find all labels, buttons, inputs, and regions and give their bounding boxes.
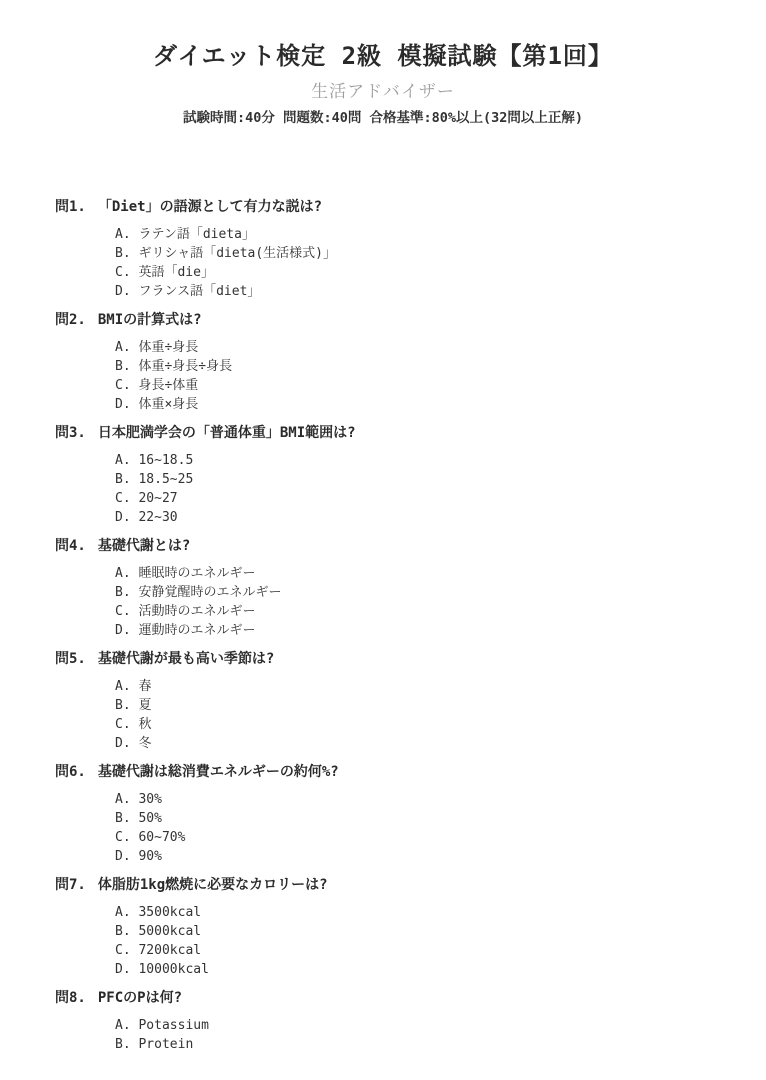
question-block-8: 問8.PFCのPは何? A. Potassium B. Protein xyxy=(55,988,736,1054)
question-header: 問3.日本肥満学会の「普通体重」BMI範囲は? xyxy=(55,423,736,443)
option-item: D. 体重×身長 xyxy=(115,395,736,414)
option-item: B. 安静覚醒時のエネルギー xyxy=(115,583,736,602)
question-number: 問2. xyxy=(55,310,86,330)
option-item: C. 英語「die」 xyxy=(115,263,736,282)
option-item: B. 体重÷身長÷身長 xyxy=(115,357,736,376)
question-text: 基礎代謝は総消費エネルギーの約何%? xyxy=(98,764,339,780)
question-block-4: 問4.基礎代謝とは? A. 睡眠時のエネルギー B. 安静覚醒時のエネルギー C… xyxy=(55,536,736,640)
question-text: BMIの計算式は? xyxy=(98,312,202,328)
option-item: B. 5000kcal xyxy=(115,922,736,941)
option-item: C. 20~27 xyxy=(115,489,736,508)
question-block-2: 問2.BMIの計算式は? A. 体重÷身長 B. 体重÷身長÷身長 C. 身長÷… xyxy=(55,310,736,414)
option-item: B. 夏 xyxy=(115,696,736,715)
question-block-7: 問7.体脂肪1kg燃焼に必要なカロリーは? A. 3500kcal B. 500… xyxy=(55,875,736,979)
option-item: D. 冬 xyxy=(115,734,736,753)
option-group: A. 3500kcal B. 5000kcal C. 7200kcal D. 1… xyxy=(55,903,736,979)
question-header: 問7.体脂肪1kg燃焼に必要なカロリーは? xyxy=(55,875,736,895)
exam-header: ダイエット検定 2級 模擬試験【第1回】 生活アドバイザー 試験時間:40分 問… xyxy=(0,0,766,127)
option-item: B. Protein xyxy=(115,1035,736,1054)
option-group: A. 16~18.5 B. 18.5~25 C. 20~27 D. 22~30 xyxy=(55,451,736,527)
question-header: 問2.BMIの計算式は? xyxy=(55,310,736,330)
option-group: A. ラテン語「dieta」 B. ギリシャ語「dieta(生活様式)」 C. … xyxy=(55,225,736,301)
question-block-6: 問6.基礎代謝は総消費エネルギーの約何%? A. 30% B. 50% C. 6… xyxy=(55,762,736,866)
question-block-1: 問1.「Diet」の語源として有力な説は? A. ラテン語「dieta」 B. … xyxy=(55,197,736,301)
option-item: C. 活動時のエネルギー xyxy=(115,602,736,621)
question-text: 「Diet」の語源として有力な説は? xyxy=(98,199,322,215)
question-text: 基礎代謝とは? xyxy=(98,538,190,554)
option-item: B. ギリシャ語「dieta(生活様式)」 xyxy=(115,244,736,263)
exam-info-line: 試験時間:40分 問題数:40問 合格基準:80%以上(32問以上正解) xyxy=(0,109,766,127)
option-item: A. 16~18.5 xyxy=(115,451,736,470)
option-group: A. 睡眠時のエネルギー B. 安静覚醒時のエネルギー C. 活動時のエネルギー… xyxy=(55,564,736,640)
question-number: 問6. xyxy=(55,762,86,782)
question-header: 問6.基礎代謝は総消費エネルギーの約何%? xyxy=(55,762,736,782)
question-number: 問8. xyxy=(55,988,86,1008)
option-item: A. 春 xyxy=(115,677,736,696)
option-item: B. 50% xyxy=(115,809,736,828)
question-text: 日本肥満学会の「普通体重」BMI範囲は? xyxy=(98,425,356,441)
question-block-3: 問3.日本肥満学会の「普通体重」BMI範囲は? A. 16~18.5 B. 18… xyxy=(55,423,736,527)
option-item: C. 身長÷体重 xyxy=(115,376,736,395)
question-list: 問1.「Diet」の語源として有力な説は? A. ラテン語「dieta」 B. … xyxy=(0,197,766,1054)
option-item: B. 18.5~25 xyxy=(115,470,736,489)
option-group: A. Potassium B. Protein xyxy=(55,1016,736,1054)
option-item: A. ラテン語「dieta」 xyxy=(115,225,736,244)
question-text: 体脂肪1kg燃焼に必要なカロリーは? xyxy=(98,877,328,893)
question-number: 問7. xyxy=(55,875,86,895)
option-item: C. 7200kcal xyxy=(115,941,736,960)
question-header: 問1.「Diet」の語源として有力な説は? xyxy=(55,197,736,217)
option-item: D. 22~30 xyxy=(115,508,736,527)
question-number: 問3. xyxy=(55,423,86,443)
question-header: 問8.PFCのPは何? xyxy=(55,988,736,1008)
question-block-5: 問5.基礎代謝が最も高い季節は? A. 春 B. 夏 C. 秋 D. 冬 xyxy=(55,649,736,753)
exam-document-page: ダイエット検定 2級 模擬試験【第1回】 生活アドバイザー 試験時間:40分 問… xyxy=(0,0,766,1080)
option-item: C. 60~70% xyxy=(115,828,736,847)
option-item: D. 90% xyxy=(115,847,736,866)
option-item: D. 10000kcal xyxy=(115,960,736,979)
exam-title: ダイエット検定 2級 模擬試験【第1回】 xyxy=(0,40,766,72)
option-item: D. フランス語「diet」 xyxy=(115,282,736,301)
option-item: A. 30% xyxy=(115,790,736,809)
question-text: 基礎代謝が最も高い季節は? xyxy=(98,651,274,667)
question-text: PFCのPは何? xyxy=(98,990,182,1006)
question-number: 問1. xyxy=(55,197,86,217)
option-item: A. 睡眠時のエネルギー xyxy=(115,564,736,583)
option-item: A. 3500kcal xyxy=(115,903,736,922)
option-item: D. 運動時のエネルギー xyxy=(115,621,736,640)
question-number: 問5. xyxy=(55,649,86,669)
exam-subtitle: 生活アドバイザー xyxy=(0,81,766,103)
option-group: A. 春 B. 夏 C. 秋 D. 冬 xyxy=(55,677,736,753)
question-number: 問4. xyxy=(55,536,86,556)
option-item: C. 秋 xyxy=(115,715,736,734)
option-group: A. 30% B. 50% C. 60~70% D. 90% xyxy=(55,790,736,866)
option-item: A. 体重÷身長 xyxy=(115,338,736,357)
option-group: A. 体重÷身長 B. 体重÷身長÷身長 C. 身長÷体重 D. 体重×身長 xyxy=(55,338,736,414)
question-header: 問4.基礎代謝とは? xyxy=(55,536,736,556)
question-header: 問5.基礎代謝が最も高い季節は? xyxy=(55,649,736,669)
option-item: A. Potassium xyxy=(115,1016,736,1035)
